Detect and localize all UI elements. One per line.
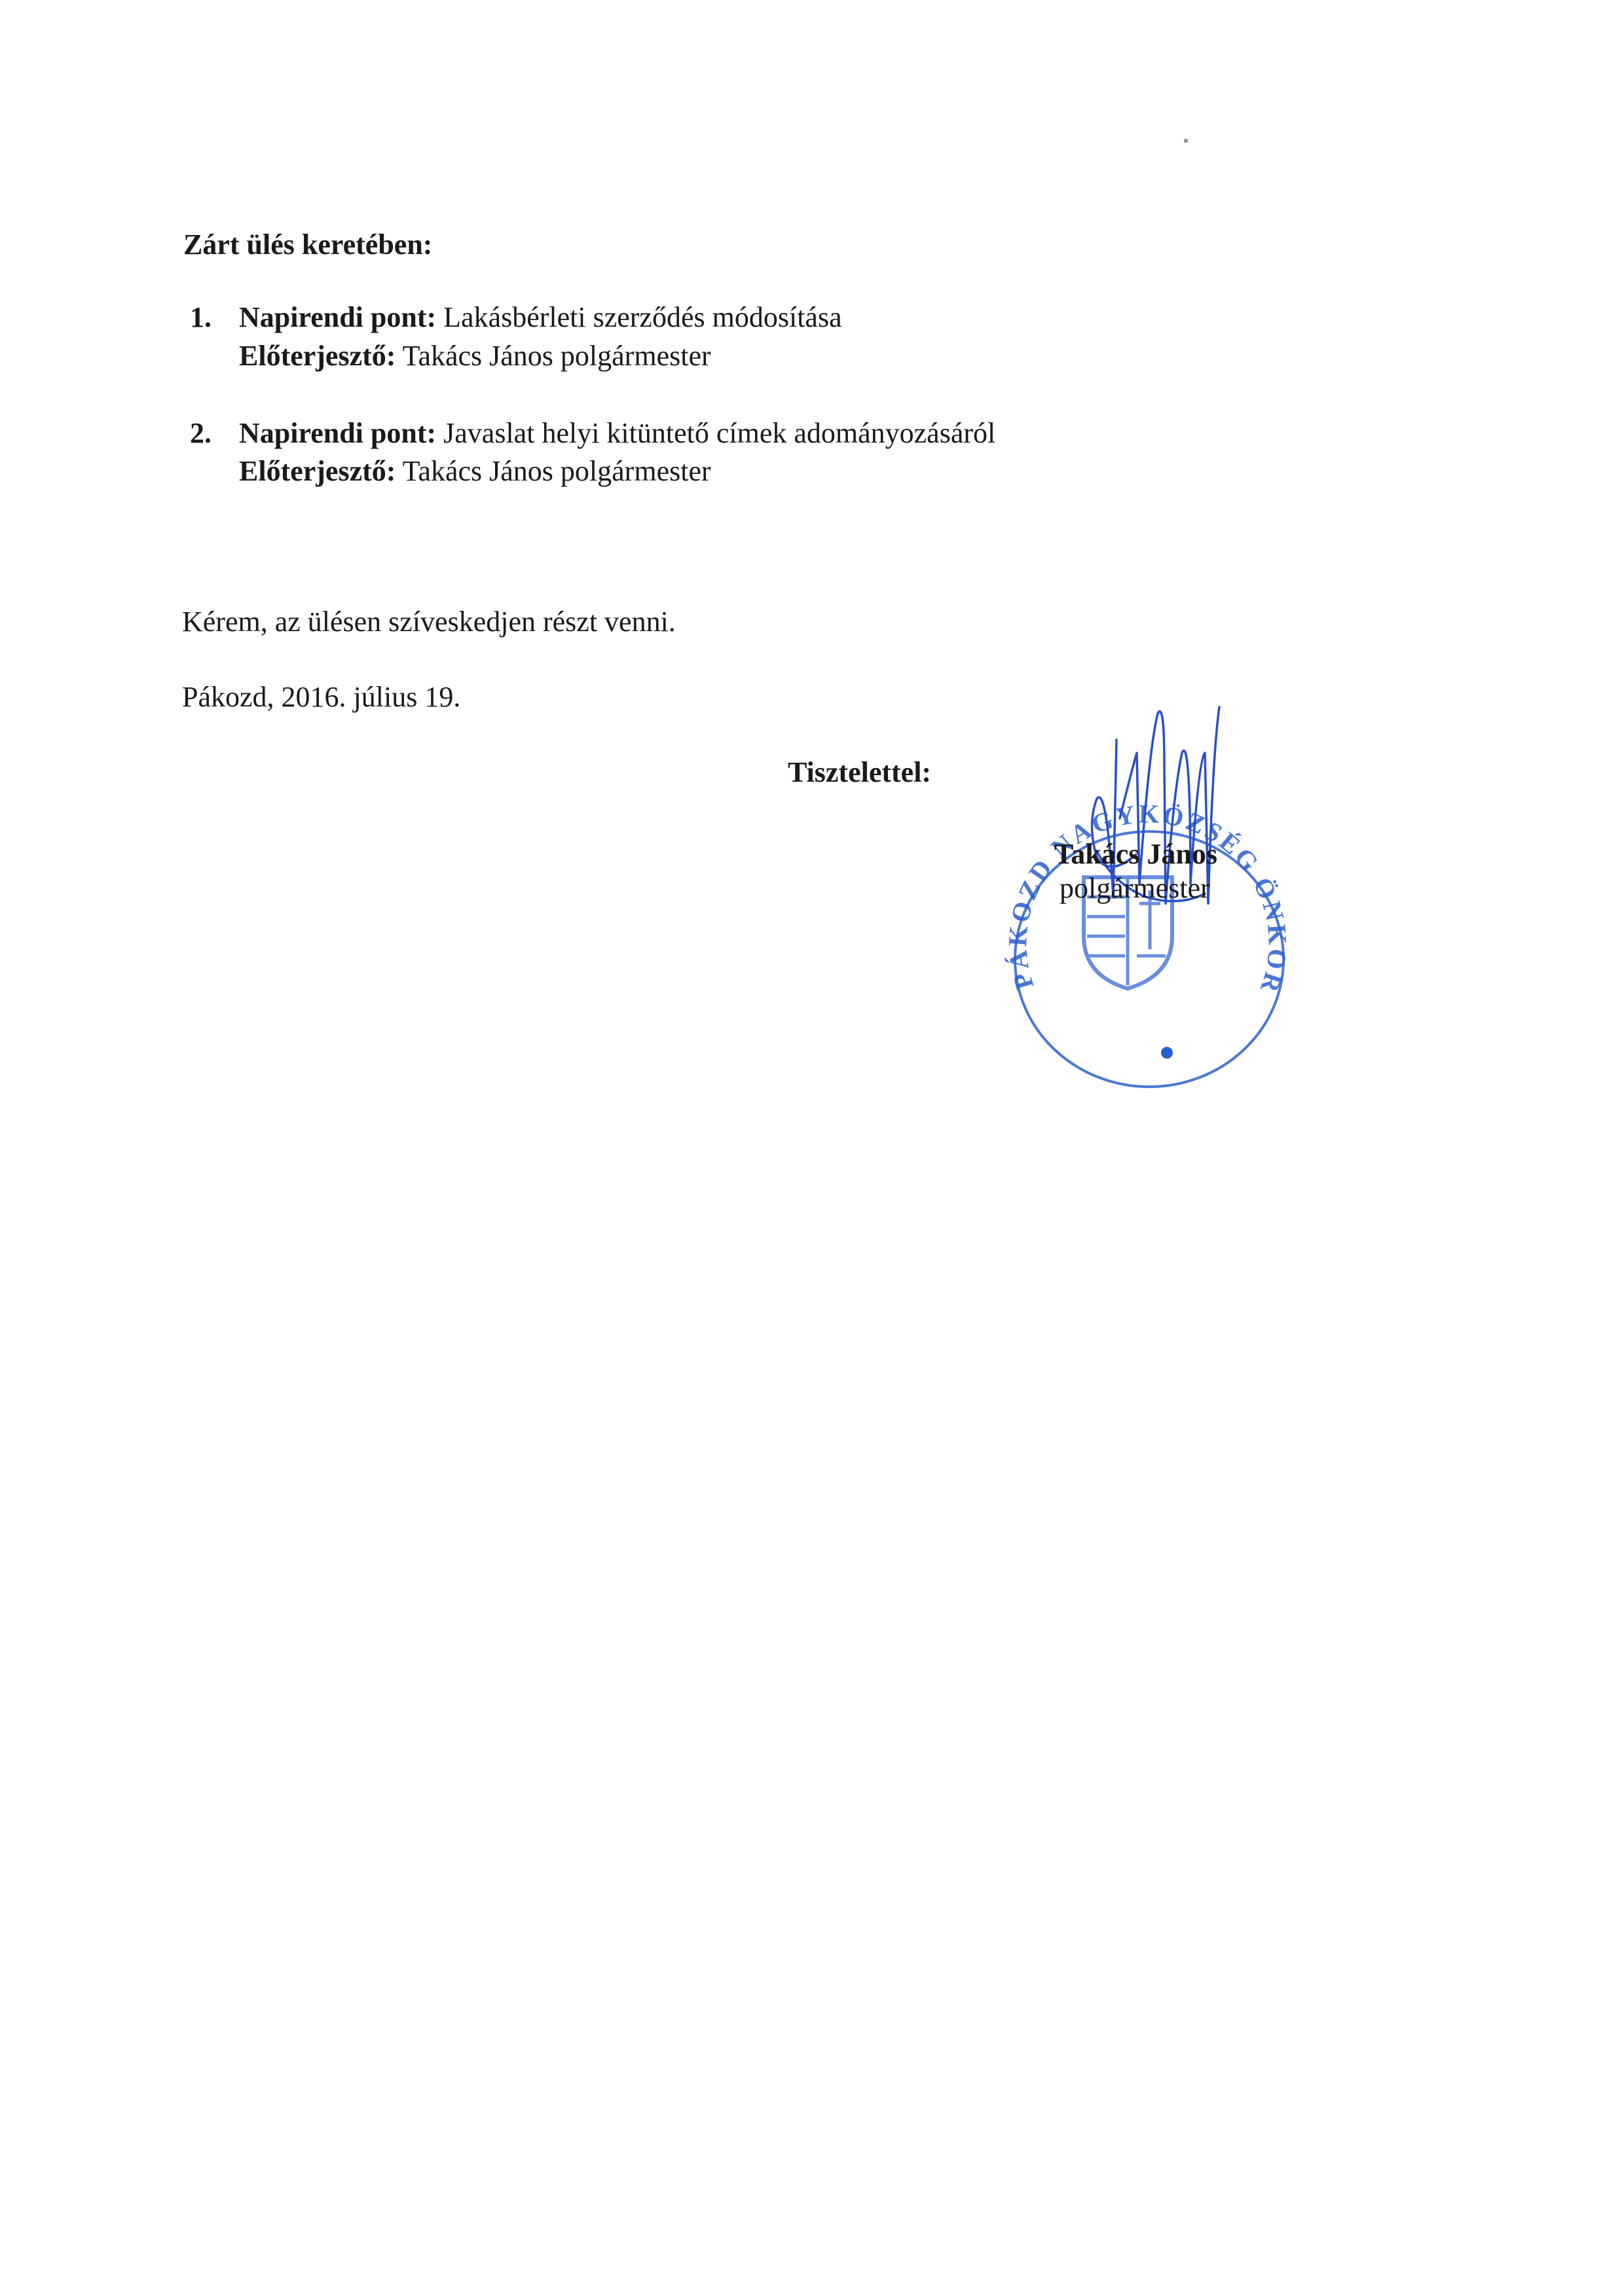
presenter-name: Takács János polgármester <box>403 340 711 372</box>
presenter-label: Előterjesztő: <box>239 455 396 487</box>
agenda-item-title: Lakásbérleti szerződés módosítása <box>443 301 841 333</box>
agenda-item-label: Napirendi pont: <box>239 301 436 333</box>
agenda-item-label: Napirendi pont: <box>239 417 436 449</box>
agenda-item-1: 1.Napirendi pont: Lakásbérleti szerződés… <box>190 303 842 332</box>
section-heading: Zárt ülés keretében: <box>183 230 432 259</box>
closing-request: Kérem, az ülésen szíveskedjen részt venn… <box>182 608 676 636</box>
agenda-item-number: 2. <box>190 419 239 448</box>
document-page: Zárt ülés keretében: 1.Napirendi pont: L… <box>0 0 1624 2296</box>
star-icon <box>1161 1047 1173 1059</box>
presenter-name: Takács János polgármester <box>403 455 711 487</box>
signer-name: Takács János <box>1054 840 1217 869</box>
place-and-date: Pákozd, 2016. július 19. <box>182 683 460 712</box>
agenda-item-2-presenter: Előterjesztő: Takács János polgármester <box>239 457 711 486</box>
agenda-item-number: 1. <box>190 303 239 332</box>
scan-artifact <box>1184 139 1188 143</box>
agenda-item-2: 2.Napirendi pont: Javaslat helyi kitünte… <box>190 419 995 448</box>
agenda-item-1-presenter: Előterjesztő: Takács János polgármester <box>239 342 711 371</box>
agenda-item-title: Javaslat helyi kitüntető címek adományoz… <box>443 417 995 449</box>
regards-line: Tisztelettel: <box>788 758 931 787</box>
presenter-label: Előterjesztő: <box>239 340 396 372</box>
signer-title: polgármester <box>1060 874 1210 903</box>
